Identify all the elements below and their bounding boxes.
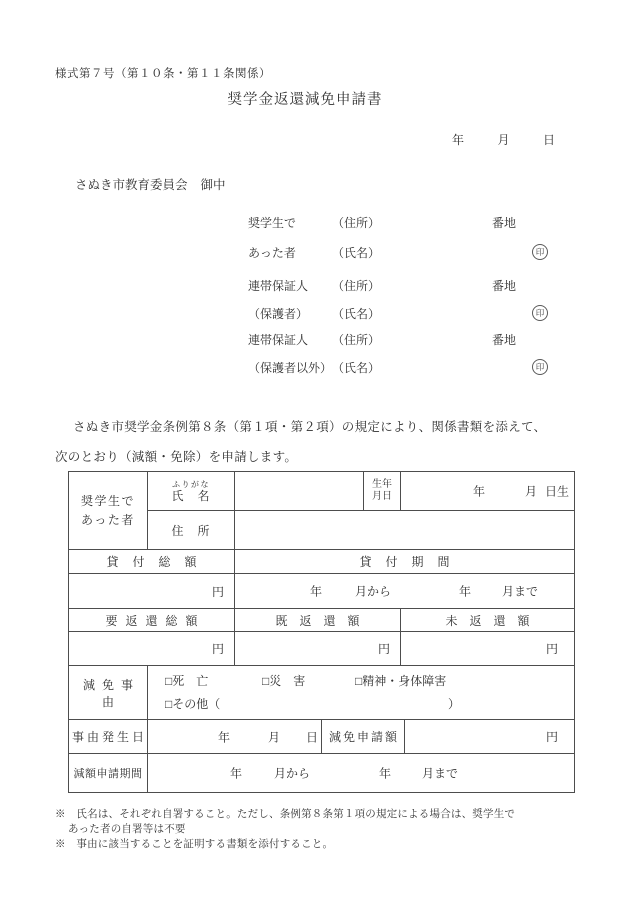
date-month-label: 月 (497, 131, 509, 148)
declaration-text: 次のとおり（減額・免除）を申請します。 (55, 447, 297, 465)
amount-header: 減免申請額 (321, 719, 404, 753)
form-number: 様式第７号（第１０条・第１１条関係） (55, 65, 271, 81)
birthdate-field: 年 月 日生 (400, 472, 574, 510)
name-label: （氏名） (332, 359, 380, 376)
year-label: 年 (473, 483, 485, 500)
yen-label: 円 (546, 728, 558, 745)
application-details-table: 奨学生で あった者 ふりがな 氏 名 生年 月日 年 月 日生 住 所 貸付総額… (68, 471, 575, 793)
submission-date-line: 年 月 日 (452, 131, 555, 148)
signatory-role-label: 連帯保証人 (248, 333, 308, 347)
reduction-period-rowheader: 減額申請期間 (69, 753, 147, 792)
banchi-label: 番地 (492, 214, 516, 231)
footnote-signature-cont: あった者の自署等は不要 (68, 821, 186, 836)
scholar-rowheader: 奨学生で あった者 (69, 472, 147, 549)
repaid-header: 既返還額 (234, 608, 400, 631)
name-label: （氏名） (332, 244, 380, 261)
recipient-line: さぬき市教育委員会御中 (75, 175, 226, 193)
furigana-label: ふりがな (172, 480, 210, 489)
amount-field: 円 (404, 719, 574, 753)
signatory-role-label: 連帯保証人 (248, 279, 308, 293)
banchi-label: 番地 (492, 277, 516, 294)
signatory-role-label: 奨学生で (248, 216, 296, 230)
signatory-role-label: あった者 (248, 246, 296, 260)
signatory-role-label: （保護者以外） (248, 361, 332, 375)
declaration-text: さぬき市奨学金条例第８条（第１項・第２項）の規定により、関係書類を添えて、 (73, 417, 546, 435)
yen-label: 円 (212, 583, 224, 600)
month-to-label: 月まで (422, 765, 458, 782)
name-field (234, 472, 363, 510)
loan-period-header: 貸付期間 (234, 549, 574, 573)
signatory-guarantor-name-line: （保護者） （氏名） 印 (248, 305, 588, 322)
footnote-signature: ※ 氏名は、それぞれ自署すること。ただし、条例第８条第１項の規定による場合は、奨… (55, 806, 515, 821)
recipient-honorific: 御中 (201, 178, 226, 192)
unpaid-header: 未返還額 (400, 608, 574, 631)
seal-stamp-icon: 印 (532, 244, 548, 260)
repay-total-field: 円 (69, 631, 234, 665)
seal-stamp-icon: 印 (532, 359, 548, 375)
signatory-guarantor2-name-line: （保護者以外） （氏名） 印 (248, 359, 588, 376)
address-field (234, 510, 574, 549)
signatory-role-label: （保護者） (248, 307, 308, 321)
year-label: 年 (310, 583, 322, 600)
reason-options-cell: □死 亡 □災 害 □精神・身体障害 □その他（ ） (147, 665, 574, 719)
month-to-label: 月まで (502, 583, 538, 600)
year-label: 年 (230, 765, 242, 782)
month-from-label: 月から (355, 583, 391, 600)
month-label: 月 (525, 483, 537, 500)
day-label: 日生 (545, 483, 569, 500)
loan-total-header: 貸付総額 (69, 549, 234, 573)
unpaid-field: 円 (400, 631, 574, 665)
year-label: 年 (459, 583, 471, 600)
event-date-rowheader: 事由発生日 (69, 719, 147, 753)
other-close-paren: ） (448, 696, 460, 712)
checkbox-disaster: □災 害 (262, 673, 305, 689)
footnote-attachment: ※ 事由に該当することを証明する書類を添付すること。 (55, 836, 333, 851)
loan-total-field: 円 (69, 573, 234, 608)
reduction-period-field: 年 月から 年 月まで (147, 753, 574, 792)
loan-period-field: 年 月から 年 月まで (234, 573, 574, 608)
seal-stamp-icon: 印 (532, 305, 548, 321)
yen-label: 円 (212, 640, 224, 657)
signatory-scholar-name-line: あった者 （氏名） 印 (248, 244, 588, 261)
banchi-label: 番地 (492, 331, 516, 348)
repay-total-header: 要返還総額 (69, 608, 234, 631)
day-label: 日 (306, 728, 318, 745)
date-year-label: 年 (452, 131, 464, 148)
signatory-scholar-address-line: 奨学生で （住所） 番地 (248, 214, 588, 231)
event-date-field: 年 月 日 (147, 719, 321, 753)
yen-label: 円 (546, 640, 558, 657)
checkbox-death: □死 亡 (165, 673, 208, 689)
name-label: 氏 名 (171, 489, 210, 503)
signatory-guarantor-address-line: 連帯保証人 （住所） 番地 (248, 277, 588, 294)
address-label: （住所） (332, 331, 380, 348)
month-from-label: 月から (274, 765, 310, 782)
name-header-cell: ふりがな 氏 名 (147, 472, 234, 510)
year-label: 年 (379, 765, 391, 782)
checkbox-disability: □精神・身体障害 (355, 673, 446, 689)
yen-label: 円 (378, 640, 390, 657)
name-label: （氏名） (332, 305, 380, 322)
date-day-label: 日 (543, 131, 555, 148)
address-header: 住 所 (147, 510, 234, 549)
page-title: 奨学金返還減免申請書 (0, 88, 610, 109)
address-label: （住所） (332, 277, 380, 294)
checkbox-other: □その他（ (165, 696, 220, 712)
month-label: 月 (268, 728, 280, 745)
address-label: （住所） (332, 214, 380, 231)
application-form-page: 様式第７号（第１０条・第１１条関係） 奨学金返還減免申請書 年 月 日 さぬき市… (0, 0, 630, 915)
birthdate-header: 生年 月日 (363, 472, 400, 510)
reason-rowheader: 減免事由 (69, 665, 147, 719)
recipient-name: さぬき市教育委員会 (75, 178, 188, 192)
year-label: 年 (218, 728, 230, 745)
signatory-guarantor2-address-line: 連帯保証人 （住所） 番地 (248, 331, 588, 348)
repaid-field: 円 (234, 631, 400, 665)
